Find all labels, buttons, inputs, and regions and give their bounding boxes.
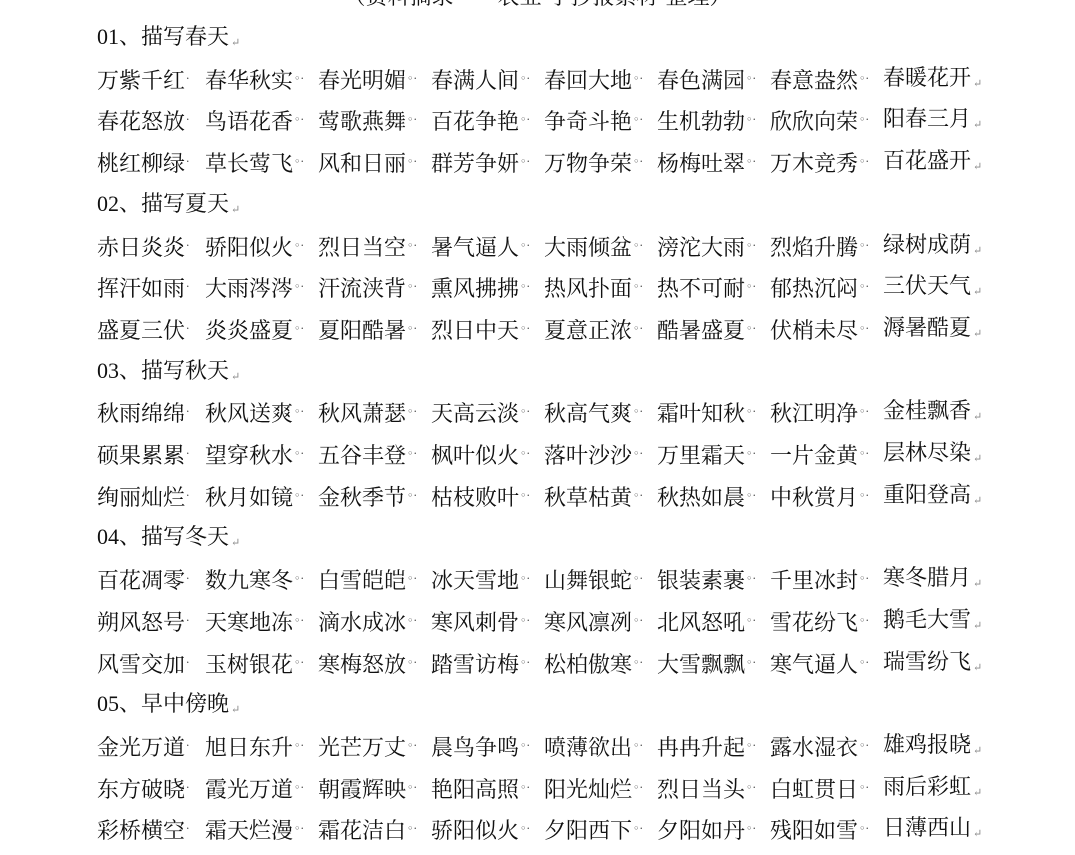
- phrase-text: 熏风拂拂: [431, 277, 519, 302]
- phrase-text: 寒冬腊月: [883, 566, 971, 591]
- phrase-item: 霜花洁白◦·: [318, 814, 417, 847]
- phrase-text: 春暖花开: [883, 66, 971, 91]
- phrase-item: 霜天烂漫◦·: [205, 814, 304, 847]
- separator-mark: ◦·: [746, 614, 756, 627]
- word-row: 硕果累累·望穿秋水◦·五谷丰登◦·枫叶似火◦·落叶沙沙◦·万里霜天◦·一片金黄◦…: [97, 439, 997, 469]
- phrase-item: 朝霞辉映◦·: [318, 773, 417, 806]
- separator-mark: ◦·: [746, 322, 756, 335]
- section-heading-text: 02、描写夏天: [97, 191, 229, 216]
- separator-mark: ◦·: [520, 614, 530, 627]
- phrase-text: 烈日中天: [431, 319, 519, 344]
- phrase-text: 骄阳似火: [205, 236, 293, 261]
- phrase-text: 彩桥横空: [97, 819, 185, 844]
- phrase-item: 寒气逼人◦·: [770, 648, 869, 681]
- section-heading-text: 01、描写春天: [97, 24, 229, 49]
- phrase-text: 挥汗如雨: [97, 277, 185, 302]
- phrase-text: 寒气逼人: [770, 653, 858, 678]
- separator-mark: ◦·: [294, 822, 304, 835]
- paragraph-mark-icon: ↵: [973, 77, 982, 90]
- phrase-item: 层林尽染↵: [883, 439, 982, 474]
- word-row: 金光万道·旭日东升◦·光芒万丈◦·晨鸟争鸣◦·喷薄欲出◦·冉冉升起◦·露水湿衣◦…: [97, 731, 997, 761]
- phrase-text: 数九寒冬: [205, 569, 293, 594]
- separator-mark: ◦·: [746, 822, 756, 835]
- phrase-text: 霜天烂漫: [205, 819, 293, 844]
- phrase-text: 重阳登高: [883, 483, 971, 508]
- phrase-item: 赤日炎炎·: [97, 231, 190, 264]
- phrase-item: 寒冬腊月↵: [883, 564, 982, 599]
- phrase-text: 秋风送爽: [205, 402, 293, 427]
- separator-mark: ◦·: [520, 822, 530, 835]
- phrase-item: 烈焰升腾◦·: [770, 231, 869, 264]
- phrase-item: 溽暑酷夏↵: [883, 314, 982, 349]
- phrase-item: 烈日当头◦·: [657, 773, 756, 806]
- phrase-item: 金光万道·: [97, 731, 190, 764]
- phrase-item: 秋风送爽◦·: [205, 397, 304, 430]
- word-row: 春花怒放·鸟语花香◦·莺歌燕舞◦·百花争艳◦·争奇斗艳◦·生机勃勃◦·欣欣向荣◦…: [97, 105, 997, 135]
- phrase-text: 玉树银花: [205, 653, 293, 678]
- word-row: 东方破晓·霞光万道◦·朝霞辉映◦·艳阳高照◦·阳光灿烂◦·烈日当头◦·白虹贯日◦…: [97, 773, 997, 803]
- separator-mark: ·: [186, 781, 190, 794]
- separator-mark: ·: [186, 656, 190, 669]
- separator-mark: ·: [186, 614, 190, 627]
- separator-mark: ◦·: [859, 656, 869, 669]
- phrase-item: 踏雪访梅◦·: [431, 648, 530, 681]
- separator-mark: ◦·: [520, 405, 530, 418]
- word-row: 朔风怒号·天寒地冻◦·滴水成冰◦·寒风刺骨◦·寒风凛冽◦·北风怒吼◦·雪花纷飞◦…: [97, 606, 997, 636]
- phrase-text: 杨梅吐翠: [657, 152, 745, 177]
- phrase-item: 千里冰封◦·: [770, 564, 869, 597]
- separator-mark: ◦·: [520, 322, 530, 335]
- phrase-text: 春花怒放: [97, 110, 185, 135]
- phrase-item: 盛夏三伏·: [97, 314, 190, 347]
- phrase-text: 天高云淡: [431, 402, 519, 427]
- phrase-item: 群芳争妍◦·: [431, 147, 530, 180]
- separator-mark: ◦·: [294, 239, 304, 252]
- phrase-item: 大雨涔涔◦·: [205, 272, 304, 305]
- phrase-text: 万里霜天: [657, 444, 745, 469]
- phrase-item: 春花怒放·: [97, 105, 190, 138]
- phrase-item: 风雪交加·: [97, 648, 190, 681]
- separator-mark: ◦·: [746, 113, 756, 126]
- separator-mark: ◦·: [407, 739, 417, 752]
- phrase-item: 秋高气爽◦·: [544, 397, 643, 430]
- phrase-text: 艳阳高照: [431, 778, 519, 803]
- phrase-item: 炎炎盛夏◦·: [205, 314, 304, 347]
- phrase-text: 赤日炎炎: [97, 236, 185, 261]
- word-row: 百花凋零·数九寒冬◦·白雪皑皑◦·冰天雪地◦·山舞银蛇◦·银装素裹◦·千里冰封◦…: [97, 564, 997, 594]
- separator-mark: ◦·: [407, 113, 417, 126]
- separator-mark: ◦·: [294, 781, 304, 794]
- separator-mark: ◦·: [746, 656, 756, 669]
- phrase-item: 汗流浃背◦·: [318, 272, 417, 305]
- phrase-text: 光芒万丈: [318, 736, 406, 761]
- separator-mark: ◦·: [407, 822, 417, 835]
- phrase-text: 枫叶似火: [431, 444, 519, 469]
- phrase-item: 莺歌燕舞◦·: [318, 105, 417, 138]
- phrase-text: 秋高气爽: [544, 402, 632, 427]
- phrase-text: 百花盛开: [883, 149, 971, 174]
- separator-mark: ◦·: [859, 822, 869, 835]
- section-heading-text: 03、描写秋天: [97, 358, 229, 383]
- separator-mark: ◦·: [520, 656, 530, 669]
- phrase-text: 北风怒吼: [657, 611, 745, 636]
- phrase-item: 天寒地冻◦·: [205, 606, 304, 639]
- phrase-item: 银装素裹◦·: [657, 564, 756, 597]
- phrase-item: 金桂飘香↵: [883, 397, 982, 432]
- phrase-text: 天寒地冻: [205, 611, 293, 636]
- phrase-text: 万物争荣: [544, 152, 632, 177]
- phrase-item: 硕果累累·: [97, 439, 190, 472]
- phrase-text: 残阳如雪: [770, 819, 858, 844]
- phrase-item: 阳光灿烂◦·: [544, 773, 643, 806]
- separator-mark: ◦·: [633, 489, 643, 502]
- section-heading: 02、描写夏天↵: [97, 189, 240, 219]
- separator-mark: ◦·: [520, 155, 530, 168]
- separator-mark: ◦·: [633, 322, 643, 335]
- paragraph-mark-icon: ↵: [973, 827, 982, 840]
- section-heading-text: 05、早中傍晚: [97, 691, 229, 716]
- phrase-item: 夏意正浓◦·: [544, 314, 643, 347]
- phrase-item: 风和日丽◦·: [318, 147, 417, 180]
- paragraph-mark-icon: ↵: [973, 494, 982, 507]
- paragraph-mark-icon: ↵: [231, 203, 240, 216]
- separator-mark: ◦·: [859, 614, 869, 627]
- phrase-item: 熏风拂拂◦·: [431, 272, 530, 305]
- phrase-text: 鸟语花香: [205, 110, 293, 135]
- phrase-text: 朔风怒号: [97, 611, 185, 636]
- phrase-item: 春华秋实◦·: [205, 64, 304, 97]
- phrase-text: 东方破晓: [97, 778, 185, 803]
- separator-mark: ◦·: [520, 781, 530, 794]
- phrase-item: 争奇斗艳◦·: [544, 105, 643, 138]
- phrase-text: 雪花纷飞: [770, 611, 858, 636]
- phrase-text: 秋江明净: [770, 402, 858, 427]
- phrase-item: 金秋季节◦·: [318, 481, 417, 514]
- phrase-item: 骄阳似火◦·: [431, 814, 530, 847]
- phrase-item: 绿树成荫↵: [883, 231, 982, 266]
- phrase-text: 万紫千红: [97, 69, 185, 94]
- phrase-item: 杨梅吐翠◦·: [657, 147, 756, 180]
- phrase-text: 郁热沉闷: [770, 277, 858, 302]
- separator-mark: ◦·: [633, 572, 643, 585]
- word-row: 桃红柳绿·草长莺飞◦·风和日丽◦·群芳争妍◦·万物争荣◦·杨梅吐翠◦·万木竞秀◦…: [97, 147, 997, 177]
- word-row: 赤日炎炎·骄阳似火◦·烈日当空◦·暑气逼人◦·大雨倾盆◦·滂沱大雨◦·烈焰升腾◦…: [97, 231, 997, 261]
- separator-mark: ◦·: [407, 781, 417, 794]
- separator-mark: ◦·: [746, 405, 756, 418]
- phrase-item: 山舞银蛇◦·: [544, 564, 643, 597]
- separator-mark: ◦·: [633, 739, 643, 752]
- phrase-item: 霜叶知秋◦·: [657, 397, 756, 430]
- separator-mark: ◦·: [520, 113, 530, 126]
- phrase-item: 春色满园◦·: [657, 64, 756, 97]
- phrase-text: 热风扑面: [544, 277, 632, 302]
- separator-mark: ◦·: [859, 239, 869, 252]
- phrase-item: 万物争荣◦·: [544, 147, 643, 180]
- phrase-item: 朔风怒号·: [97, 606, 190, 639]
- phrase-text: 炎炎盛夏: [205, 319, 293, 344]
- phrase-item: 五谷丰登◦·: [318, 439, 417, 472]
- phrase-item: 秋月如镜◦·: [205, 481, 304, 514]
- phrase-text: 金光万道: [97, 736, 185, 761]
- phrase-text: 风雪交加: [97, 653, 185, 678]
- separator-mark: ◦·: [859, 572, 869, 585]
- phrase-item: 阳春三月↵: [883, 105, 982, 140]
- separator-mark: ·: [186, 280, 190, 293]
- document-title-cropped: （资料摘录——农业·手抄报素材·整理）: [0, 0, 1075, 10]
- phrase-text: 绿树成荫: [883, 233, 971, 258]
- phrase-item: 生机勃勃◦·: [657, 105, 756, 138]
- separator-mark: ◦·: [859, 113, 869, 126]
- phrase-item: 天高云淡◦·: [431, 397, 530, 430]
- separator-mark: ◦·: [633, 280, 643, 293]
- phrase-text: 春色满园: [657, 69, 745, 94]
- phrase-item: 秋雨绵绵·: [97, 397, 190, 430]
- phrase-text: 喷薄欲出: [544, 736, 632, 761]
- phrase-item: 绚丽灿烂·: [97, 481, 190, 514]
- phrase-item: 万里霜天◦·: [657, 439, 756, 472]
- phrase-text: 阳春三月: [883, 107, 971, 132]
- phrase-item: 万木竞秀◦·: [770, 147, 869, 180]
- phrase-item: 欣欣向荣◦·: [770, 105, 869, 138]
- separator-mark: ◦·: [746, 280, 756, 293]
- phrase-text: 踏雪访梅: [431, 653, 519, 678]
- phrase-item: 枯枝败叶◦·: [431, 481, 530, 514]
- phrase-item: 郁热沉闷◦·: [770, 272, 869, 305]
- phrase-text: 金秋季节: [318, 486, 406, 511]
- phrase-text: 生机勃勃: [657, 110, 745, 135]
- phrase-item: 数九寒冬◦·: [205, 564, 304, 597]
- phrase-item: 夏阳酷暑◦·: [318, 314, 417, 347]
- separator-mark: ◦·: [633, 656, 643, 669]
- phrase-text: 秋风萧瑟: [318, 402, 406, 427]
- separator-mark: ◦·: [746, 239, 756, 252]
- phrase-item: 彩桥横空·: [97, 814, 190, 847]
- phrase-text: 夕阳西下: [544, 819, 632, 844]
- section-heading: 01、描写春天↵: [97, 22, 240, 52]
- separator-mark: ◦·: [859, 447, 869, 460]
- phrase-item: 万紫千红·: [97, 64, 190, 97]
- phrase-item: 霞光万道◦·: [205, 773, 304, 806]
- separator-mark: ◦·: [407, 447, 417, 460]
- phrase-item: 烈日当空◦·: [318, 231, 417, 264]
- paragraph-mark-icon: ↵: [231, 703, 240, 716]
- phrase-text: 烈日当空: [318, 236, 406, 261]
- separator-mark: ◦·: [633, 72, 643, 85]
- phrase-text: 五谷丰登: [318, 444, 406, 469]
- paragraph-mark-icon: ↵: [973, 744, 982, 757]
- phrase-text: 夏阳酷暑: [318, 319, 406, 344]
- phrase-item: 残阳如雪◦·: [770, 814, 869, 847]
- word-row: 秋雨绵绵·秋风送爽◦·秋风萧瑟◦·天高云淡◦·秋高气爽◦·霜叶知秋◦·秋江明净◦…: [97, 397, 997, 427]
- phrase-text: 秋月如镜: [205, 486, 293, 511]
- phrase-item: 重阳登高↵: [883, 481, 982, 516]
- separator-mark: ·: [186, 822, 190, 835]
- phrase-text: 万木竞秀: [770, 152, 858, 177]
- phrase-text: 莺歌燕舞: [318, 110, 406, 135]
- separator-mark: ◦·: [520, 239, 530, 252]
- phrase-text: 争奇斗艳: [544, 110, 632, 135]
- phrase-item: 白雪皑皑◦·: [318, 564, 417, 597]
- paragraph-mark-icon: ↵: [973, 160, 982, 173]
- separator-mark: ◦·: [859, 322, 869, 335]
- phrase-text: 中秋赏月: [770, 486, 858, 511]
- separator-mark: ◦·: [407, 572, 417, 585]
- separator-mark: ◦·: [859, 72, 869, 85]
- separator-mark: ◦·: [407, 405, 417, 418]
- phrase-item: 百花凋零·: [97, 564, 190, 597]
- phrase-item: 秋热如晨◦·: [657, 481, 756, 514]
- phrase-item: 寒风凛冽◦·: [544, 606, 643, 639]
- phrase-text: 热不可耐: [657, 277, 745, 302]
- phrase-item: 秋风萧瑟◦·: [318, 397, 417, 430]
- phrase-text: 白虹贯日: [770, 778, 858, 803]
- phrase-text: 大雨倾盆: [544, 236, 632, 261]
- phrase-item: 雨后彩虹↵: [883, 773, 982, 808]
- paragraph-mark-icon: ↵: [231, 370, 240, 383]
- word-row: 风雪交加·玉树银花◦·寒梅怒放◦·踏雪访梅◦·松柏傲寒◦·大雪飘飘◦·寒气逼人◦…: [97, 648, 997, 678]
- phrase-text: 一片金黄: [770, 444, 858, 469]
- separator-mark: ◦·: [407, 489, 417, 502]
- separator-mark: ◦·: [859, 155, 869, 168]
- phrase-text: 层林尽染: [883, 441, 971, 466]
- document-page: （资料摘录——农业·手抄报素材·整理） 01、描写春天↵万紫千红·春华秋实◦·春…: [0, 0, 1075, 855]
- phrase-item: 一片金黄◦·: [770, 439, 869, 472]
- word-row: 万紫千红·春华秋实◦·春光明媚◦·春满人间◦·春回大地◦·春色满园◦·春意盎然◦…: [97, 64, 997, 94]
- separator-mark: ◦·: [746, 447, 756, 460]
- phrase-item: 挥汗如雨·: [97, 272, 190, 305]
- phrase-item: 冰天雪地◦·: [431, 564, 530, 597]
- separator-mark: ◦·: [746, 155, 756, 168]
- phrase-item: 伏梢未尽◦·: [770, 314, 869, 347]
- phrase-text: 阳光灿烂: [544, 778, 632, 803]
- separator-mark: ◦·: [407, 614, 417, 627]
- separator-mark: ◦·: [633, 113, 643, 126]
- phrase-text: 金桂飘香: [883, 399, 971, 424]
- paragraph-mark-icon: ↵: [973, 118, 982, 131]
- phrase-item: 夕阳西下◦·: [544, 814, 643, 847]
- phrase-item: 冉冉升起◦·: [657, 731, 756, 764]
- phrase-text: 松柏傲寒: [544, 653, 632, 678]
- phrase-item: 草长莺飞◦·: [205, 147, 304, 180]
- separator-mark: ◦·: [859, 489, 869, 502]
- phrase-text: 溽暑酷夏: [883, 316, 971, 341]
- phrase-item: 旭日东升◦·: [205, 731, 304, 764]
- phrase-item: 玉树银花◦·: [205, 648, 304, 681]
- word-row: 彩桥横空·霜天烂漫◦·霜花洁白◦·骄阳似火◦·夕阳西下◦·夕阳如丹◦·残阳如雪◦…: [97, 814, 997, 844]
- separator-mark: ·: [186, 72, 190, 85]
- separator-mark: ◦·: [294, 614, 304, 627]
- separator-mark: ·: [186, 572, 190, 585]
- phrase-text: 百花凋零: [97, 569, 185, 594]
- phrase-item: 鹅毛大雪↵: [883, 606, 982, 641]
- phrase-text: 霞光万道: [205, 778, 293, 803]
- paragraph-mark-icon: ↵: [973, 327, 982, 340]
- separator-mark: ◦·: [859, 405, 869, 418]
- phrase-item: 雪花纷飞◦·: [770, 606, 869, 639]
- phrase-text: 山舞银蛇: [544, 569, 632, 594]
- separator-mark: ◦·: [520, 739, 530, 752]
- separator-mark: ◦·: [633, 447, 643, 460]
- phrase-text: 春光明媚: [318, 69, 406, 94]
- phrase-text: 汗流浃背: [318, 277, 406, 302]
- phrase-text: 望穿秋水: [205, 444, 293, 469]
- separator-mark: ◦·: [294, 572, 304, 585]
- phrase-item: 烈日中天◦·: [431, 314, 530, 347]
- separator-mark: ·: [186, 155, 190, 168]
- phrase-text: 春回大地: [544, 69, 632, 94]
- separator-mark: ◦·: [294, 280, 304, 293]
- phrase-item: 瑞雪纷飞↵: [883, 648, 982, 683]
- section-heading: 03、描写秋天↵: [97, 356, 240, 386]
- phrase-text: 三伏天气: [883, 274, 971, 299]
- phrase-item: 春满人间◦·: [431, 64, 530, 97]
- phrase-item: 骄阳似火◦·: [205, 231, 304, 264]
- paragraph-mark-icon: ↵: [973, 244, 982, 257]
- separator-mark: ◦·: [633, 614, 643, 627]
- separator-mark: ◦·: [520, 572, 530, 585]
- paragraph-mark-icon: ↵: [973, 577, 982, 590]
- phrase-item: 秋草枯黄◦·: [544, 481, 643, 514]
- phrase-item: 春回大地◦·: [544, 64, 643, 97]
- phrase-text: 冰天雪地: [431, 569, 519, 594]
- phrase-text: 烈日当头: [657, 778, 745, 803]
- phrase-text: 滂沱大雨: [657, 236, 745, 261]
- separator-mark: ◦·: [520, 72, 530, 85]
- phrase-text: 风和日丽: [318, 152, 406, 177]
- phrase-text: 白雪皑皑: [318, 569, 406, 594]
- phrase-item: 滂沱大雨◦·: [657, 231, 756, 264]
- separator-mark: ·: [186, 113, 190, 126]
- separator-mark: ◦·: [746, 739, 756, 752]
- paragraph-mark-icon: ↵: [231, 36, 240, 49]
- separator-mark: ◦·: [746, 572, 756, 585]
- separator-mark: ◦·: [294, 113, 304, 126]
- phrase-text: 秋草枯黄: [544, 486, 632, 511]
- separator-mark: ◦·: [633, 405, 643, 418]
- phrase-text: 春满人间: [431, 69, 519, 94]
- phrase-item: 东方破晓·: [97, 773, 190, 806]
- separator-mark: ◦·: [407, 155, 417, 168]
- phrase-text: 烈焰升腾: [770, 236, 858, 261]
- phrase-item: 北风怒吼◦·: [657, 606, 756, 639]
- section-heading: 04、描写冬天↵: [97, 522, 240, 552]
- phrase-text: 骄阳似火: [431, 819, 519, 844]
- separator-mark: ◦·: [633, 781, 643, 794]
- phrase-item: 春意盎然◦·: [770, 64, 869, 97]
- phrase-text: 鹅毛大雪: [883, 608, 971, 633]
- phrase-text: 桃红柳绿: [97, 152, 185, 177]
- phrase-text: 露水湿衣: [770, 736, 858, 761]
- phrase-text: 夕阳如丹: [657, 819, 745, 844]
- paragraph-mark-icon: ↵: [973, 285, 982, 298]
- phrase-text: 伏梢未尽: [770, 319, 858, 344]
- separator-mark: ◦·: [746, 72, 756, 85]
- section-heading-text: 04、描写冬天: [97, 524, 229, 549]
- phrase-text: 落叶沙沙: [544, 444, 632, 469]
- word-row: 挥汗如雨·大雨涔涔◦·汗流浃背◦·熏风拂拂◦·热风扑面◦·热不可耐◦·郁热沉闷◦…: [97, 272, 997, 302]
- phrase-text: 寒风凛冽: [544, 611, 632, 636]
- phrase-item: 鸟语花香◦·: [205, 105, 304, 138]
- phrase-text: 大雪飘飘: [657, 653, 745, 678]
- separator-mark: ◦·: [633, 155, 643, 168]
- separator-mark: ◦·: [294, 447, 304, 460]
- phrase-text: 寒梅怒放: [318, 653, 406, 678]
- separator-mark: ·: [186, 405, 190, 418]
- phrase-text: 寒风刺骨: [431, 611, 519, 636]
- paragraph-mark-icon: ↵: [973, 410, 982, 423]
- phrase-text: 瑞雪纷飞: [883, 650, 971, 675]
- phrase-item: 大雨倾盆◦·: [544, 231, 643, 264]
